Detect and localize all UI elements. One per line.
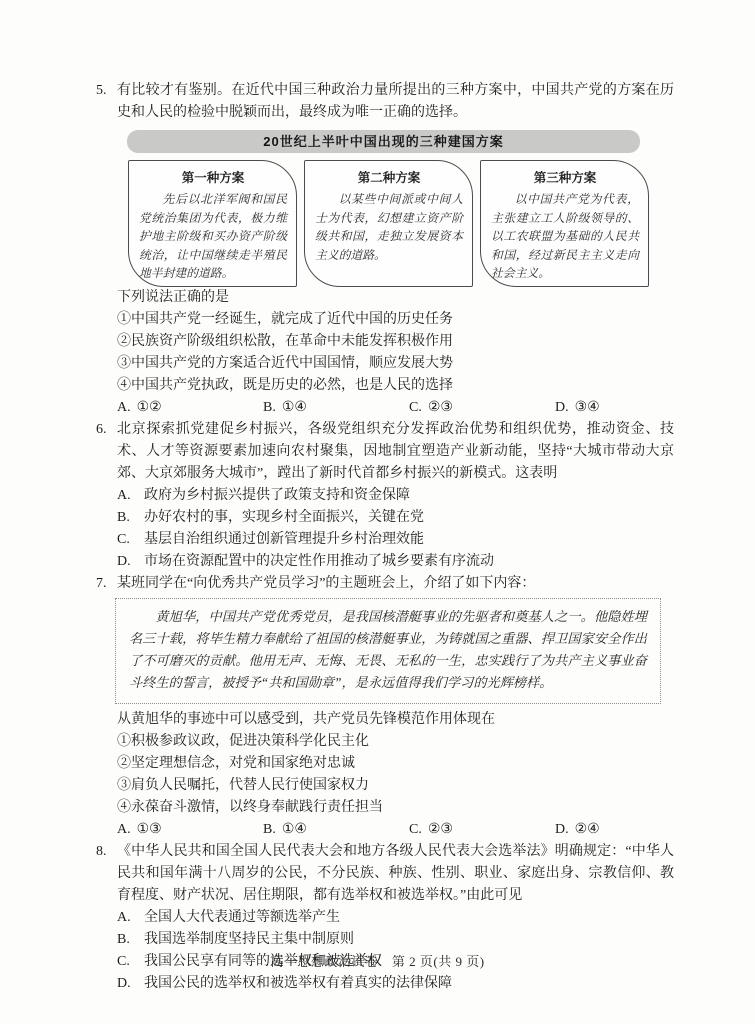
option-text: 办好农村的事，实现乡村全面振兴，关键在党: [144, 507, 424, 529]
options-row: A.①② B.①④ C.②③ D.③④: [117, 397, 674, 419]
option-text: ①③: [137, 822, 162, 837]
plan-title: 第二种方案: [315, 170, 463, 186]
question-stem: 某班同学在“向优秀共产党员学习”的主题班会上，介绍了如下内容：: [117, 573, 674, 595]
option-text: 市场在资源配置中的决定性作用推动了城乡要素有序流动: [144, 551, 494, 573]
question-stem: 《中华人民共和国全国人民代表大会和地方各级人民代表大会选举法》明确规定：“中华人…: [117, 841, 674, 907]
option-a: A.政府为乡村振兴提供了政策支持和资金保障: [117, 485, 674, 507]
option-text: ②④: [575, 822, 600, 837]
option-label: B.: [117, 507, 139, 529]
question-5: 5. 有比较才有鉴别。在近代中国三种政治力量所提出的三种方案中，中国共产党的方案…: [96, 80, 674, 419]
question-7: 7. 某班同学在“向优秀共产党员学习”的主题班会上，介绍了如下内容： 黄旭华，中…: [96, 573, 674, 841]
plan-body: 以中国共产党为代表，主张建立工人阶级领导的、以工农联盟为基础的人民共和国，经过新…: [491, 190, 639, 283]
statement-2: ②坚定理想信念，对党和国家绝对忠诚: [117, 753, 674, 775]
plan-card-1: 第一种方案 先后以北洋军阀和国民党统治集团为代表，极力维护地主阶级和买办资产阶级…: [128, 160, 297, 287]
statement-4: ④永葆奋斗激情，以终身奉献践行责任担当: [117, 797, 674, 819]
option-label: A.: [117, 400, 131, 415]
option-d: D.市场在资源配置中的决定性作用推动了城乡要素有序流动: [117, 551, 674, 573]
plan-title: 第三种方案: [491, 170, 639, 186]
option-d: D.③④: [555, 397, 600, 419]
option-d: D.②④: [555, 819, 600, 841]
statement-list: ①积极参政议政，促进决策科学化民主化 ②坚定理想信念，对党和国家绝对忠诚 ③肩负…: [117, 731, 674, 819]
statement-3: ③肩负人民嘱托，代替人民行使国家权力: [117, 775, 674, 797]
diagram-title-banner: 20世纪上半叶中国出现的三种建国方案: [127, 130, 640, 153]
statement-3: ③中国共产党的方案适合近代中国国情，顺应发展大势: [117, 353, 674, 375]
statement-2: ②民族资产阶级组织松散，在革命中未能发挥积极作用: [117, 331, 674, 353]
plan-cards: 第一种方案 先后以北洋军阀和国民党统治集团为代表，极力维护地主阶级和买办资产阶级…: [128, 160, 649, 287]
question-lead: 从黄旭华的事迹中可以感受到，共产党员先锋模范作用体现在: [117, 709, 674, 731]
option-b: B.①④: [263, 397, 409, 419]
option-text: 我国公民的选举权和被选举权有着真实的法律保障: [144, 973, 452, 995]
question-number: 5.: [96, 80, 117, 102]
options-row: A.①③ B.①④ C.②③ D.②④: [117, 819, 674, 841]
option-label: A.: [117, 485, 139, 507]
option-label: B.: [263, 400, 276, 415]
option-text: 全国人大代表通过等额选举产生: [144, 907, 340, 929]
option-label: D.: [117, 551, 139, 573]
option-d: D.我国公民的选举权和被选举权有着真实的法律保障: [117, 973, 674, 995]
option-label: B.: [263, 822, 276, 837]
option-a: A.①③: [117, 819, 263, 841]
option-label: D.: [555, 822, 569, 837]
question-number: 6.: [96, 419, 117, 441]
option-label: C.: [409, 400, 422, 415]
option-label: C.: [117, 529, 139, 551]
option-text: ①④: [282, 400, 307, 415]
option-text: ③④: [575, 400, 600, 415]
statement-4: ④中国共产党执政，既是历史的必然，也是人民的选择: [117, 375, 674, 397]
page-content: 5. 有比较才有鉴别。在近代中国三种政治力量所提出的三种方案中，中国共产党的方案…: [96, 80, 674, 995]
plan-body: 先后以北洋军阀和国民党统治集团为代表，极力维护地主阶级和买办资产阶级统治，让中国…: [139, 190, 287, 283]
question-number: 7.: [96, 573, 117, 595]
option-label: D.: [117, 973, 139, 995]
option-label: D.: [555, 400, 569, 415]
option-a: A.全国人大代表通过等额选举产生: [117, 907, 674, 929]
question-6: 6. 北京探索抓党建促乡村振兴，各级党组织充分发挥政治优势和组织优势，推动资金、…: [96, 419, 674, 573]
statement-1: ①中国共产党一经诞生，就完成了近代中国的历史任务: [117, 309, 674, 331]
option-b: B.办好农村的事，实现乡村全面振兴，关键在党: [117, 507, 674, 529]
plan-title: 第一种方案: [139, 170, 287, 186]
options-list: A.政府为乡村振兴提供了政策支持和资金保障 B.办好农村的事，实现乡村全面振兴，…: [117, 485, 674, 573]
option-text: ①②: [137, 400, 162, 415]
option-text: ①④: [282, 822, 307, 837]
option-c: C.②③: [409, 819, 555, 841]
option-b: B.我国选举制度坚持民主集中制原则: [117, 929, 674, 951]
option-label: A.: [117, 907, 139, 929]
option-label: C.: [409, 822, 422, 837]
option-c: C.基层自治组织通过创新管理提升乡村治理效能: [117, 529, 674, 551]
plan-card-3: 第三种方案 以中国共产党为代表，主张建立工人阶级领导的、以工农联盟为基础的人民共…: [480, 160, 649, 287]
option-text: 我国选举制度坚持民主集中制原则: [144, 929, 354, 951]
option-text: ②③: [428, 400, 453, 415]
question-number: 8.: [96, 841, 117, 863]
question-stem: 北京探索抓党建促乡村振兴，各级党组织充分发挥政治优势和组织优势，推动资金、技术、…: [117, 419, 674, 485]
reading-excerpt-box: 黄旭华，中国共产党优秀党员，是我国核潜艇事业的先驱者和奠基人之一。他隐姓埋名三十…: [115, 598, 661, 704]
option-text: ②③: [428, 822, 453, 837]
statement-list: ①中国共产党一经诞生，就完成了近代中国的历史任务 ②民族资产阶级组织松散，在革命…: [117, 309, 674, 397]
option-label: A.: [117, 822, 131, 837]
footer-page-info: 高一思想政治试卷 第 2 页(共 9 页): [0, 951, 755, 970]
option-b: B.①④: [263, 819, 409, 841]
option-a: A.①②: [117, 397, 263, 419]
option-text: 政府为乡村振兴提供了政策支持和资金保障: [144, 485, 410, 507]
question-stem: 有比较才有鉴别。在近代中国三种政治力量所提出的三种方案中，中国共产党的方案在历史…: [117, 80, 674, 124]
option-text: 基层自治组织通过创新管理提升乡村治理效能: [144, 529, 424, 551]
plan-body: 以某些中间派或中间人士为代表，幻想建立资产阶级共和国，走独立发展资本主义的道路。: [315, 190, 463, 264]
statement-1: ①积极参政议政，促进决策科学化民主化: [117, 731, 674, 753]
option-label: B.: [117, 929, 139, 951]
question-lead: 下列说法正确的是: [117, 287, 674, 309]
exam-page: 5. 有比较才有鉴别。在近代中国三种政治力量所提出的三种方案中，中国共产党的方案…: [0, 0, 755, 1024]
option-c: C.②③: [409, 397, 555, 419]
plan-card-2: 第二种方案 以某些中间派或中间人士为代表，幻想建立资产阶级共和国，走独立发展资本…: [304, 160, 473, 287]
question-8: 8. 《中华人民共和国全国人民代表大会和地方各级人民代表大会选举法》明确规定：“…: [96, 841, 674, 995]
